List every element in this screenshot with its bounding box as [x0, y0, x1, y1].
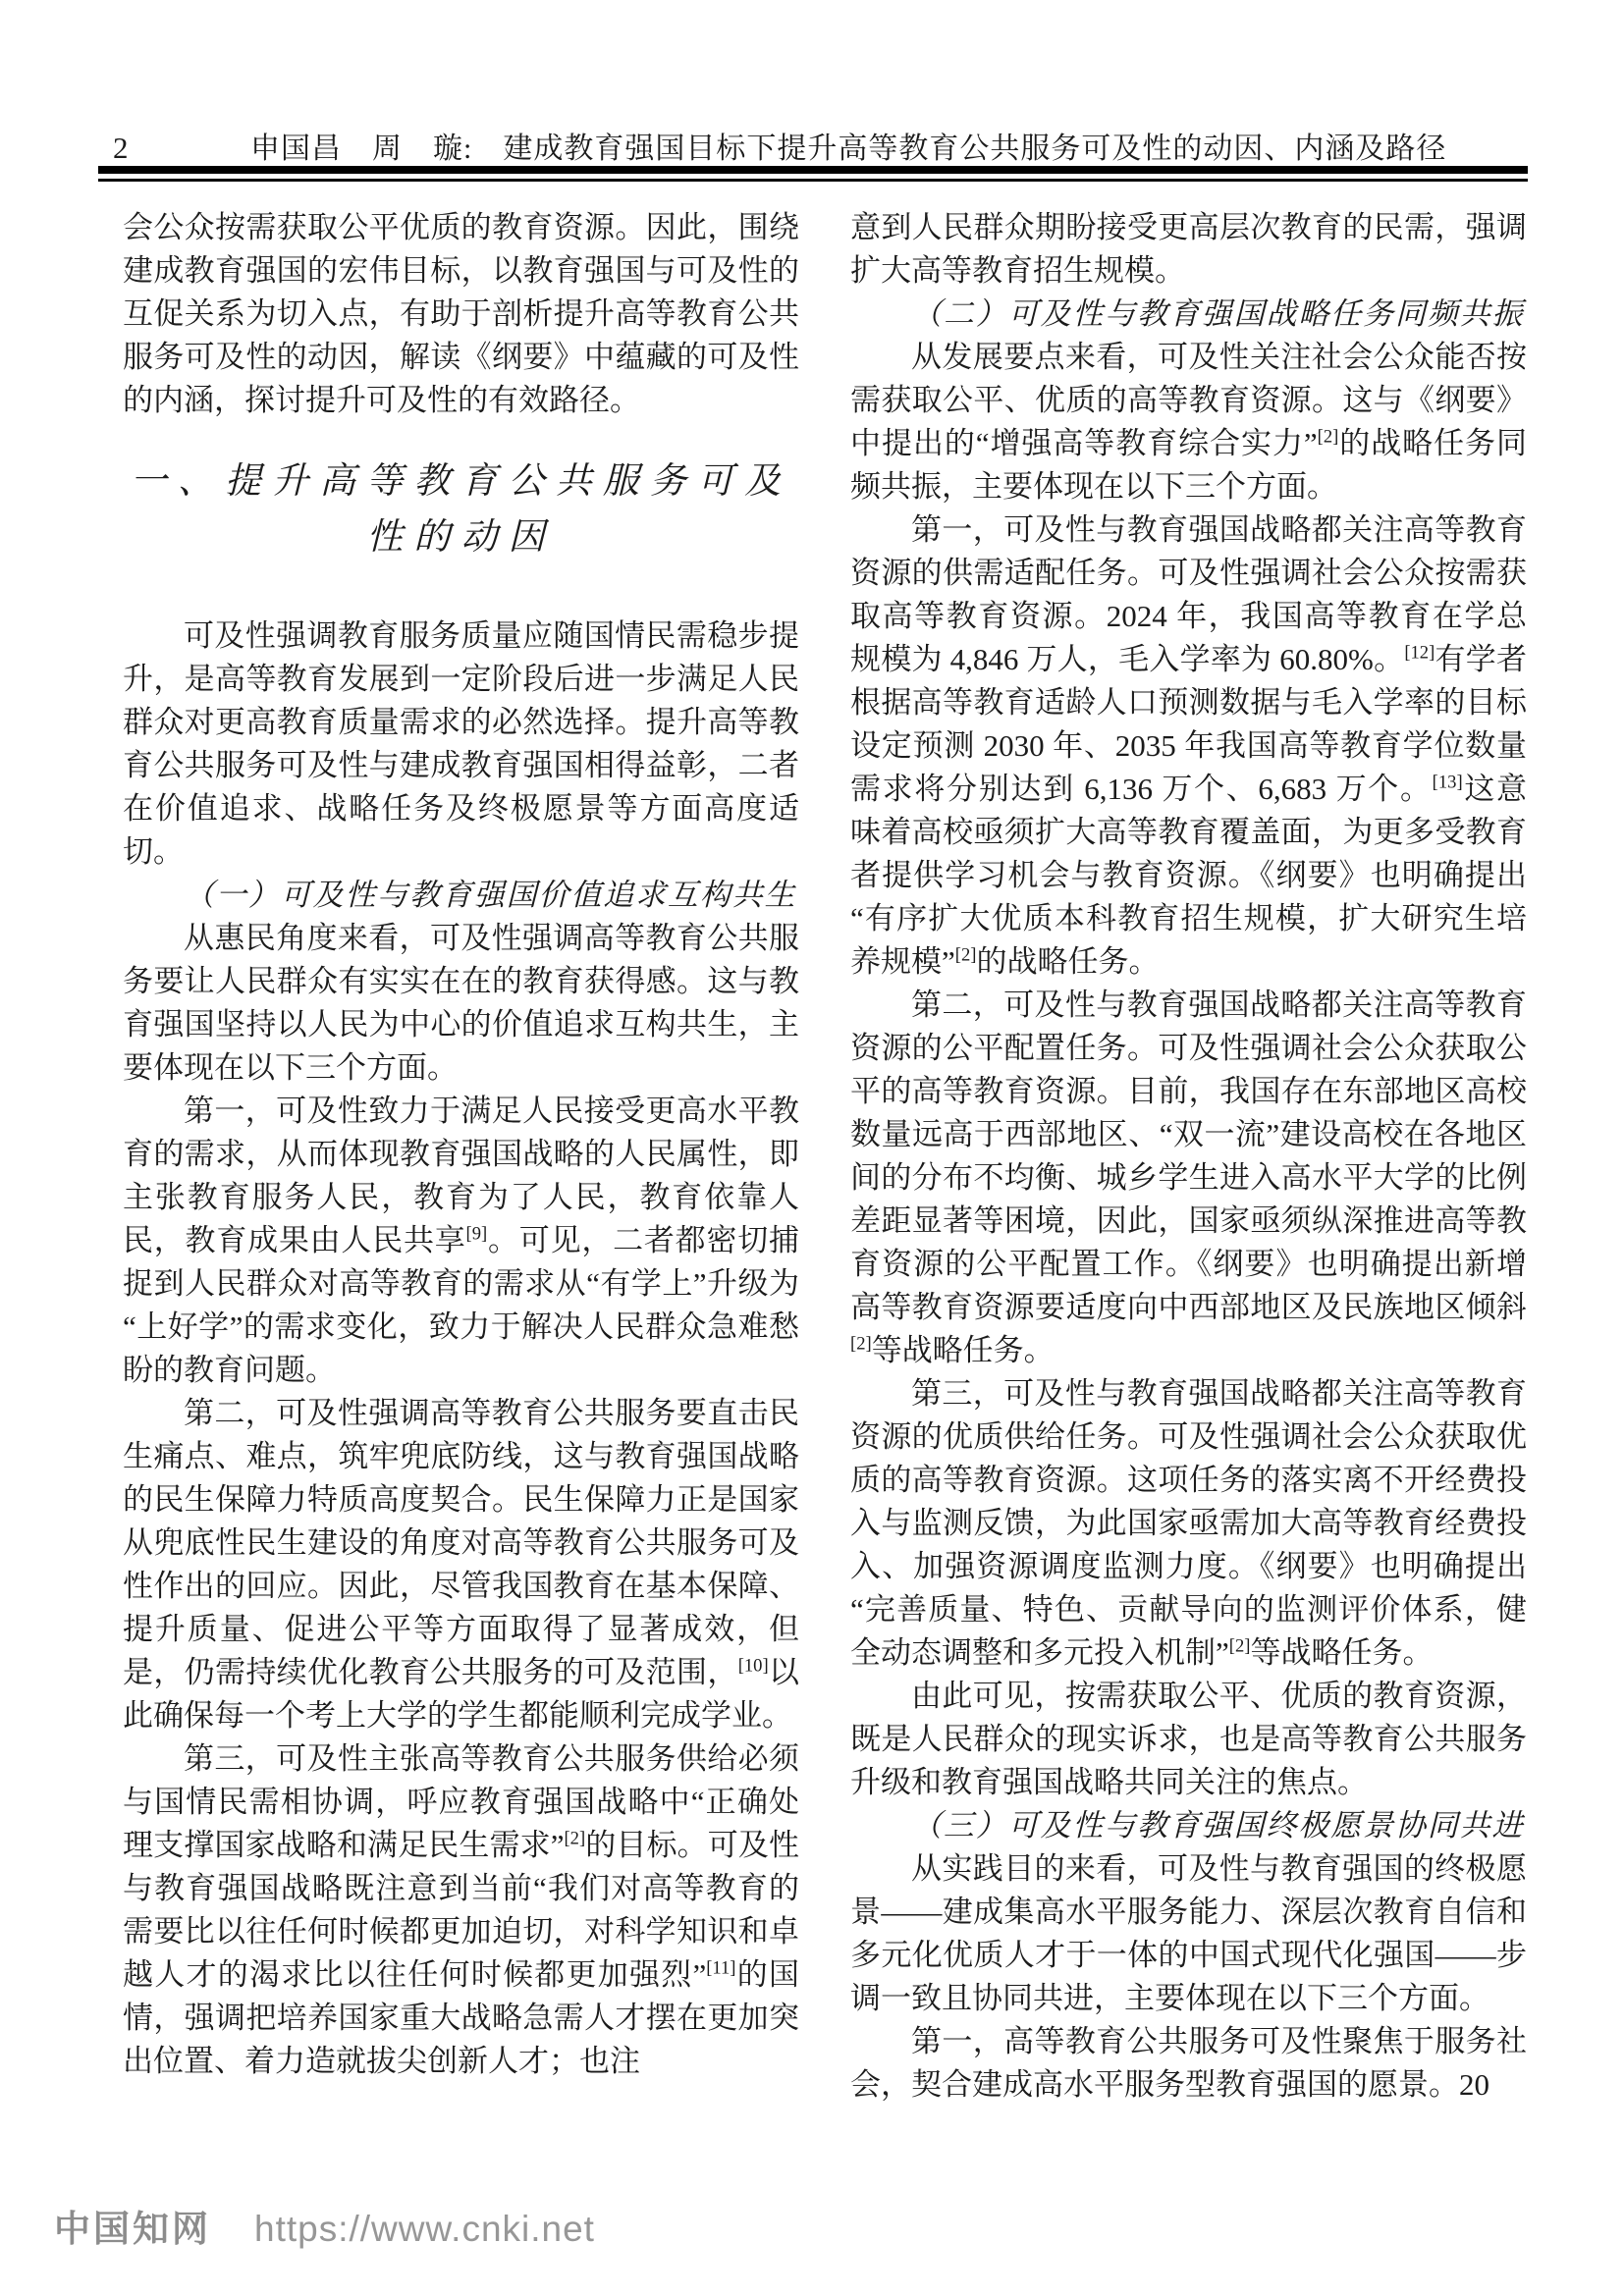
citation-ref: [9]: [466, 1224, 488, 1245]
subsection-heading-text: （三）可及性与教育强国终极愿景协同共进: [911, 1808, 1524, 1842]
paragraph-text: 等战略任务。: [1250, 1635, 1433, 1670]
citation-ref: [11]: [706, 1958, 735, 1979]
paragraph-text: 第二，可及性强调高等教育公共服务要直击民生痛点、难点，筑牢兜底防线，这与教育强国…: [123, 1396, 799, 1689]
paragraph: 由此可见，按需获取公平、优质的教育资源，既是人民群众的现实诉求，也是高等教育公共…: [850, 1675, 1527, 1804]
citation-ref: [2]: [564, 1829, 585, 1849]
header-rule-thick: [98, 166, 1528, 174]
subsection-heading-text: （一）可及性与教育强国价值追求互构共生: [184, 878, 796, 912]
paragraph-text: 第一，高等教育公共服务可及性聚焦于服务社会，契合建成高水平服务型教育强国的愿景。…: [850, 2024, 1527, 2102]
paragraph-text: 的战略任务。: [976, 944, 1159, 979]
cnki-brand: 中国知网: [54, 2199, 211, 2252]
paragraph-text: 会公众按需获取公平优质的教育资源。因此，围绕建成教育强国的宏伟目标，以教育强国与…: [123, 210, 799, 417]
cnki-watermark: 中国知网 https://www.cnki.net: [54, 2199, 595, 2252]
header-rule-thin: [98, 179, 1528, 182]
paragraph: 第三，可及性主张高等教育公共服务供给必须与国情民需相协调，呼应教育强国战略中“正…: [123, 1737, 799, 2083]
paragraph: 第二，可及性与教育强国战略都关注高等教育资源的公平配置任务。可及性强调社会公众获…: [850, 984, 1527, 1372]
paragraph-text: 第二，可及性与教育强国战略都关注高等教育资源的公平配置任务。可及性强调社会公众获…: [850, 988, 1527, 1324]
two-column-body: 会公众按需获取公平优质的教育资源。因此，围绕建成教育强国的宏伟目标，以教育强国与…: [123, 206, 1527, 2107]
citation-ref: [2]: [955, 945, 977, 966]
right-column: 意到人民群众期盼接受更高层次教育的民需，强调扩大高等教育招生规模。 （二）可及性…: [850, 206, 1527, 2107]
citation-ref: [2]: [850, 1334, 872, 1355]
paragraph: 第一，可及性致力于满足人民接受更高水平教育的需求，从而体现教育强国战略的人民属性…: [123, 1090, 799, 1392]
paragraph-text: 可及性强调教育服务质量应随国情民需稳步提升，是高等教育发展到一定阶段后进一步满足…: [123, 618, 799, 869]
citation-ref: [12]: [1404, 643, 1435, 664]
paragraph-text: 从惠民角度来看，可及性强调高等教育公共服务要让人民群众有实实在在的教育获得感。这…: [123, 921, 799, 1085]
page-number: 2: [113, 131, 250, 166]
paragraph-text: 意到人民群众期盼接受更高层次教育的民需，强调扩大高等教育招生规模。: [850, 210, 1527, 288]
paragraph: 第三，可及性与教育强国战略都关注高等教育资源的优质供给任务。可及性强调社会公众获…: [850, 1372, 1527, 1675]
running-header-title: 申国昌 周 璇: 建成教育强国目标下提升高等教育公共服务可及性的动因、内涵及路径: [250, 124, 1526, 167]
paragraph-text: 第三，可及性与教育强国战略都关注高等教育资源的优质供给任务。可及性强调社会公众获…: [850, 1376, 1527, 1670]
paragraph: 第二，可及性强调高等教育公共服务要直击民生痛点、难点，筑牢兜底防线，这与教育强国…: [123, 1392, 799, 1737]
citation-ref: [13]: [1433, 773, 1463, 793]
citation-ref: [2]: [1229, 1636, 1251, 1657]
paragraph-text: 从实践目的来看，可及性与教育强国的终极愿景——建成集高水平服务能力、深层次教育自…: [850, 1851, 1527, 2015]
subsection-heading: （一）可及性与教育强国价值追求互构共生: [123, 874, 799, 917]
paragraph: 从惠民角度来看，可及性强调高等教育公共服务要让人民群众有实实在在的教育获得感。这…: [123, 917, 799, 1090]
header-rules: [98, 166, 1528, 182]
paragraph: 第一，可及性与教育强国战略都关注高等教育资源的供需适配任务。可及性强调社会公众按…: [850, 508, 1527, 984]
paragraph: 从实践目的来看，可及性与教育强国的终极愿景——建成集高水平服务能力、深层次教育自…: [850, 1847, 1527, 2020]
left-column: 会公众按需获取公平优质的教育资源。因此，围绕建成教育强国的宏伟目标，以教育强国与…: [123, 206, 799, 2107]
cnki-url: https://www.cnki.net: [254, 2209, 595, 2250]
paragraph: 从发展要点来看，可及性关注社会公众能否按需获取公平、优质的高等教育资源。这与《纲…: [850, 336, 1527, 508]
journal-page: 2 申国昌 周 璇: 建成教育强国目标下提升高等教育公共服务可及性的动因、内涵及…: [0, 0, 1624, 2296]
paragraph: 第一，高等教育公共服务可及性聚焦于服务社会，契合建成高水平服务型教育强国的愿景。…: [850, 2020, 1527, 2107]
paragraph-text: 等战略任务。: [872, 1333, 1055, 1367]
section-heading: 一、提升高等教育公共服务可及性的动因: [123, 454, 799, 565]
citation-ref: [10]: [738, 1656, 769, 1677]
running-header: 2 申国昌 周 璇: 建成教育强国目标下提升高等教育公共服务可及性的动因、内涵及…: [113, 124, 1526, 167]
paragraph: 会公众按需获取公平优质的教育资源。因此，围绕建成教育强国的宏伟目标，以教育强国与…: [123, 206, 799, 422]
subsection-heading: （三）可及性与教育强国终极愿景协同共进: [850, 1804, 1527, 1847]
paragraph: 意到人民群众期盼接受更高层次教育的民需，强调扩大高等教育招生规模。: [850, 206, 1527, 293]
subsection-heading: （二）可及性与教育强国战略任务同频共振: [850, 293, 1527, 336]
paragraph-text: 由此可见，按需获取公平、优质的教育资源，既是人民群众的现实诉求，也是高等教育公共…: [850, 1679, 1527, 1799]
subsection-heading-text: （二）可及性与教育强国战略任务同频共振: [911, 296, 1524, 331]
citation-ref: [2]: [1318, 427, 1339, 448]
paragraph: 可及性强调教育服务质量应随国情民需稳步提升，是高等教育发展到一定阶段后进一步满足…: [123, 614, 799, 874]
